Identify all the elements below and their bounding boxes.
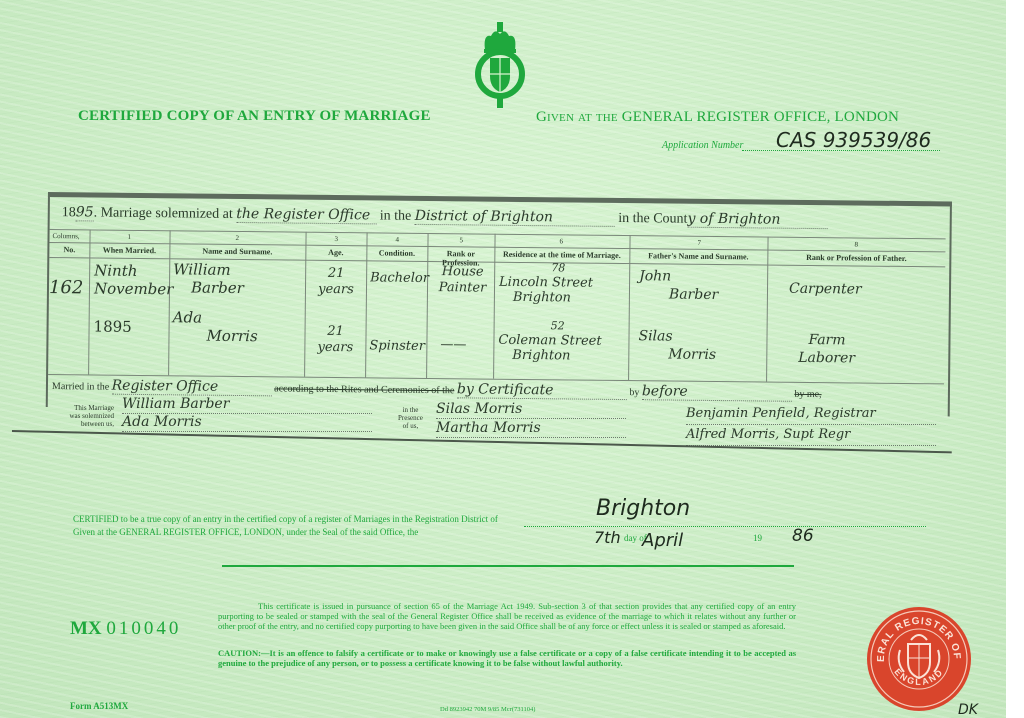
marriage-place: the Register Office bbox=[236, 206, 376, 224]
registration-district: District of Brighton bbox=[415, 208, 615, 227]
application-number-label: Application Number bbox=[662, 140, 743, 151]
groom-name: William Barber bbox=[173, 260, 244, 297]
corner-initials: DK bbox=[958, 702, 978, 718]
header-when-married: When Married. bbox=[89, 245, 169, 255]
bride-age: 21 years bbox=[310, 324, 360, 357]
signature-rule bbox=[222, 565, 794, 567]
certification-line-2: Given at the GENERAL REGISTER OFFICE, LO… bbox=[73, 526, 418, 539]
groom-profession: House Painter bbox=[435, 264, 490, 297]
groom-father-profession: Carpenter bbox=[789, 281, 862, 298]
royal-crest-icon bbox=[471, 22, 529, 108]
bride-father-profession: Farm Laborer bbox=[798, 331, 855, 368]
certification-line-1: CERTIFIED to be a true copy of an entry … bbox=[73, 513, 498, 526]
county: y of Brighton bbox=[687, 211, 827, 229]
rites: by Certificate bbox=[457, 381, 627, 400]
caution-notice: CAUTION:—It is an offence to falsify a c… bbox=[218, 648, 796, 668]
certified-year: 86 bbox=[792, 526, 814, 546]
bride-profession: —— bbox=[440, 337, 466, 352]
certified-district: Brighton bbox=[596, 496, 690, 521]
header-father-profession: Rank or Profession of Father. bbox=[767, 253, 945, 264]
header-name: Name and Surname. bbox=[169, 246, 305, 256]
form-number: Form A513MX bbox=[70, 701, 128, 711]
groom-residence: 78 Lincoln Street Brighton bbox=[499, 260, 593, 306]
certificate-serial: MX 010040 bbox=[70, 618, 181, 640]
certificate-title: CERTIFIED COPY OF AN ENTRY OF MARRIAGE bbox=[78, 108, 431, 125]
groom-age: 21 years bbox=[311, 266, 361, 299]
header-age: Age. bbox=[305, 248, 366, 258]
before: before bbox=[642, 383, 792, 402]
issuing-office: Given at the GENERAL REGISTER OFFICE, LO… bbox=[536, 109, 899, 126]
certified-month: April bbox=[642, 530, 683, 551]
official-signatures: Benjamin Penfield, Registrar Alfred Morr… bbox=[686, 404, 936, 446]
when-married: Ninth November 1895 bbox=[93, 261, 173, 336]
witness-signatures: Silas Morris Martha Morris bbox=[436, 400, 626, 438]
header-condition: Condition. bbox=[366, 248, 427, 258]
header-father-name: Father's Name and Surname. bbox=[629, 251, 767, 261]
entry-number: 162 bbox=[49, 277, 84, 298]
scan-edge bbox=[1006, 0, 1024, 718]
groom-condition: Bachelor bbox=[370, 270, 429, 286]
bride-residence: 52 Coleman Street Brighton bbox=[498, 318, 602, 364]
print-code: Dd 8923942 70M 9/85 Mcr(731104) bbox=[440, 706, 535, 713]
between-label: This Marriage was solemnized between us, bbox=[50, 404, 114, 428]
register-year: 95 bbox=[76, 204, 94, 221]
bride-name: Ada Morris bbox=[172, 308, 258, 345]
bride-father-name: Silas Morris bbox=[638, 327, 716, 364]
legal-notice: This certificate is issued in pursuance … bbox=[218, 601, 796, 631]
header-no: No. bbox=[49, 245, 89, 254]
married-in-place: Register Office bbox=[112, 378, 272, 397]
bride-condition: Spinster bbox=[369, 338, 425, 354]
groom-father-name: John Barber bbox=[639, 267, 719, 304]
party-signatures: William Barber Ada Morris bbox=[122, 396, 372, 432]
header-residence: Residence at the time of Marriage. bbox=[494, 250, 629, 260]
presence-label: in the Presence of us, bbox=[398, 406, 423, 430]
certified-day: 7th bbox=[594, 528, 621, 547]
application-number: CAS 939539/86 bbox=[776, 128, 931, 152]
register-heading: 1895. Marriage solemnized at the Registe… bbox=[62, 204, 828, 229]
marriage-register-entry: 1895. Marriage solemnized at the Registe… bbox=[46, 192, 952, 416]
gro-seal-icon: GENERAL REGISTER OFFICE × ENGLAND × bbox=[866, 606, 972, 712]
columns-label: Columns, bbox=[52, 232, 79, 240]
